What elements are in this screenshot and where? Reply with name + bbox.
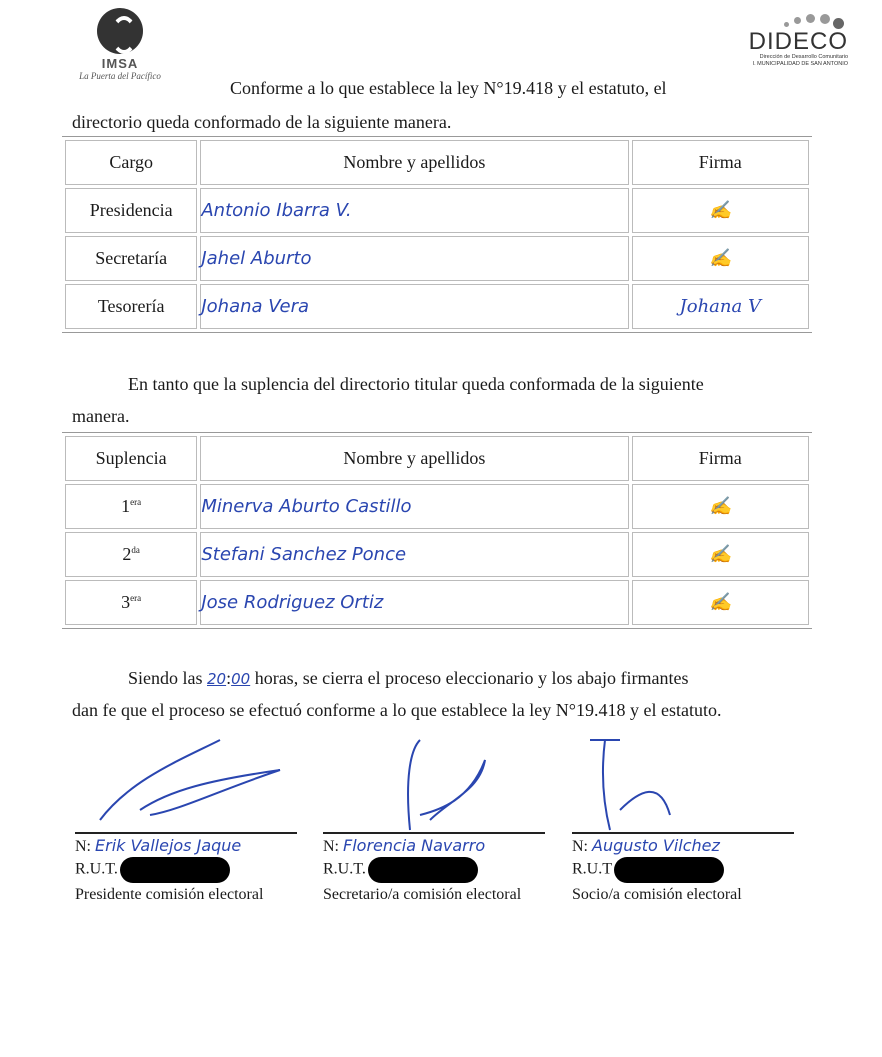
signatory-role: Secretario/a comisión electoral: [323, 885, 545, 905]
suplencia-text-line1: En tanto que la suplencia del directorio…: [128, 366, 704, 402]
nombre-cell: Jahel Aburto: [200, 236, 628, 281]
signatory-secretary: N: Florencia Navarro R.U.T. Secretario/a…: [323, 832, 545, 905]
signatory-name-row: N: Erik Vallejos Jaque: [75, 836, 297, 857]
nombre-cell: Jose Rodriguez Ortiz: [200, 580, 628, 625]
imsa-logo-name: IMSA: [60, 56, 180, 71]
signatory-name-row: N: Augusto Vilchez: [572, 836, 794, 857]
signatory-rut-row: R.U.T.: [75, 857, 297, 883]
header-firma: Firma: [632, 436, 810, 481]
header-nombre: Nombre y apellidos: [200, 140, 628, 185]
table-row: 3era Jose Rodriguez Ortiz ✍: [65, 580, 809, 625]
suplencia-number: 2da: [65, 532, 197, 577]
table-row: 2da Stefani Sanchez Ponce ✍: [65, 532, 809, 577]
suplencia-number: 1era: [65, 484, 197, 529]
table-header-row: Cargo Nombre y apellidos Firma: [65, 140, 809, 185]
signatory-member: N: Augusto Vilchez R.U.T Socio/a comisió…: [572, 832, 794, 905]
closing-hour: 20: [207, 670, 226, 688]
cargo-cell: Tesorería: [65, 284, 197, 329]
directorio-table: Cargo Nombre y apellidos Firma Presidenc…: [62, 136, 812, 333]
closing-minute: 00: [231, 670, 250, 688]
suplencia-text-line2: manera.: [72, 398, 129, 434]
cargo-cell: Presidencia: [65, 188, 197, 233]
imsa-logo-tagline: La Puerta del Pacífico: [60, 71, 180, 81]
signature-strokes: [60, 720, 820, 835]
imsa-emblem-icon: [97, 8, 143, 54]
redaction-mark: [614, 857, 724, 883]
intro-text-line2: directorio queda conformado de la siguie…: [72, 104, 451, 140]
dideco-line2: I. MUNICIPALIDAD DE SAN ANTONIO: [738, 61, 848, 68]
suplencia-number: 3era: [65, 580, 197, 625]
header-suplencia: Suplencia: [65, 436, 197, 481]
intro-text-line1: Conforme a lo que establece la ley N°19.…: [230, 70, 667, 106]
signature-line: [323, 832, 545, 834]
signature-mark: ✍: [632, 532, 810, 577]
suplencia-table: Suplencia Nombre y apellidos Firma 1era …: [62, 432, 812, 629]
signature-line: [572, 832, 794, 834]
signature-mark: ✍: [632, 236, 810, 281]
redaction-mark: [368, 857, 478, 883]
nombre-cell: Minerva Aburto Castillo: [200, 484, 628, 529]
signatory-role: Socio/a comisión electoral: [572, 885, 794, 905]
redaction-mark: [120, 857, 230, 883]
signatory-rut-row: R.U.T.: [323, 857, 545, 883]
table-row: Tesorería Johana Vera Johana V: [65, 284, 809, 329]
nombre-cell: Stefani Sanchez Ponce: [200, 532, 628, 577]
signature-mark: ✍: [632, 188, 810, 233]
signatory-president: N: Erik Vallejos Jaque R.U.T. Presidente…: [75, 832, 297, 905]
dideco-dots-icon: [738, 10, 848, 30]
signatory-name-row: N: Florencia Navarro: [323, 836, 545, 857]
table-row: Presidencia Antonio Ibarra V. ✍: [65, 188, 809, 233]
signature-mark: ✍: [632, 484, 810, 529]
header-cargo: Cargo: [65, 140, 197, 185]
signature-text: Johana V: [632, 284, 810, 329]
nombre-cell: Johana Vera: [200, 284, 628, 329]
table-row: Secretaría Jahel Aburto ✍: [65, 236, 809, 281]
table-row: 1era Minerva Aburto Castillo ✍: [65, 484, 809, 529]
signatory-role: Presidente comisión electoral: [75, 885, 297, 905]
header-firma: Firma: [632, 140, 810, 185]
signature-line: [75, 832, 297, 834]
cargo-cell: Secretaría: [65, 236, 197, 281]
table-header-row: Suplencia Nombre y apellidos Firma: [65, 436, 809, 481]
dideco-logo-name: DIDECO: [738, 30, 848, 54]
signatory-rut-row: R.U.T: [572, 857, 794, 883]
signature-mark: ✍: [632, 580, 810, 625]
header-nombre: Nombre y apellidos: [200, 436, 628, 481]
nombre-cell: Antonio Ibarra V.: [200, 188, 628, 233]
dideco-logo: DIDECO Dirección de Desarrollo Comunitar…: [738, 10, 848, 80]
dideco-line1: Dirección de Desarrollo Comunitario: [738, 54, 848, 61]
imsa-logo: IMSA La Puerta del Pacífico: [60, 8, 180, 88]
